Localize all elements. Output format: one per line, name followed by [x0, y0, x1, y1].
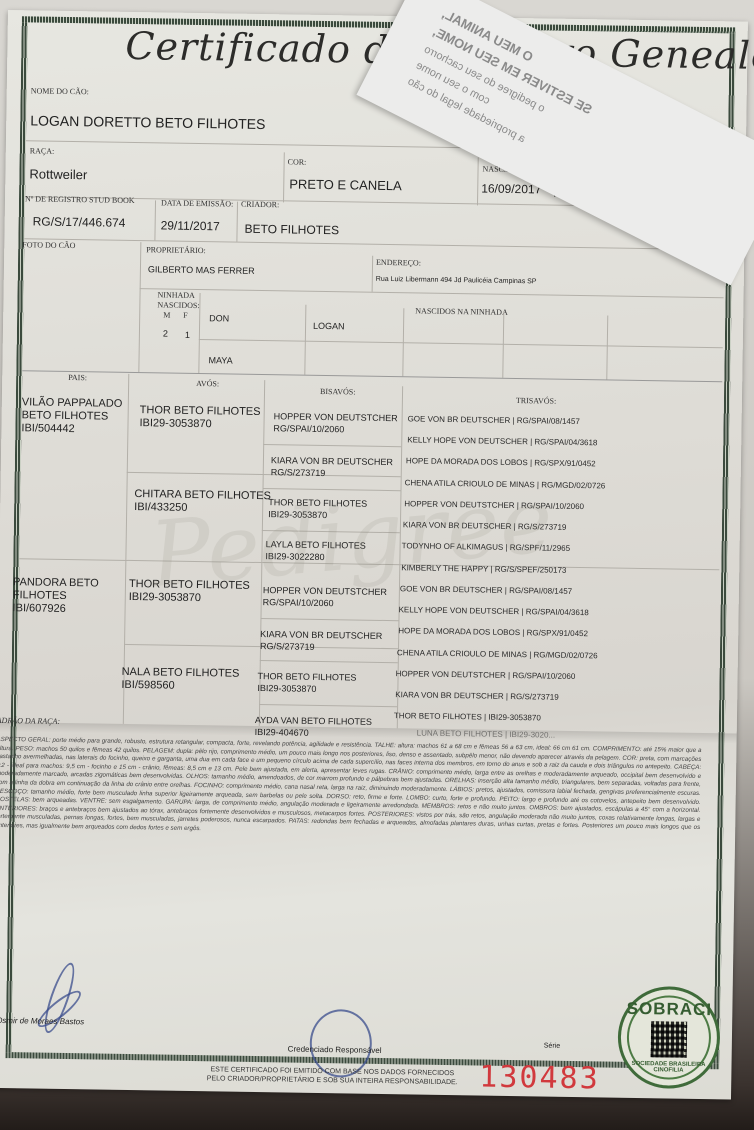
breeder-name: BETO FILHOTES [244, 222, 339, 237]
breeder-label: CRIADOR: [241, 200, 279, 210]
issue-date-label: DATA DE EMISSÃO: [161, 198, 233, 208]
breed-standard-label: PADRÃO DA RAÇA: [0, 716, 60, 726]
sire: VILÃO PAPPALADO BETO FILHOTESIBI/504442 [21, 396, 126, 437]
color-value: PRETO E CANELA [289, 176, 402, 193]
breed-value: Rottweiler [29, 166, 87, 182]
stud-book-label: Nº DE REGISTRO STUD BOOK [25, 194, 135, 205]
great-grandparent: KIARA VON BR DEUTSCHERRG/S/273719 [271, 454, 393, 480]
litter-label: NINHADA [157, 290, 194, 300]
grandparent: NALA BETO FILHOTESIBI/598560 [121, 666, 239, 694]
litter-puppy: LOGAN [313, 321, 345, 331]
male-label: M [163, 310, 170, 319]
grandparents-header: AVÓS: [196, 379, 219, 388]
owner-name: GILBERTO MAS FERRER [148, 264, 255, 276]
born-in-litter-label: NASCIDOS NA NINHADA [415, 306, 508, 316]
great-grandparents-header: BISAVÓS: [320, 387, 356, 397]
address-label: ENDEREÇO: [376, 258, 421, 268]
qr-code-icon [651, 1021, 688, 1058]
signatory-name: Osmir de Moraes Bastos [0, 1016, 84, 1026]
litter-puppy: MAYA [208, 355, 232, 365]
breed-label: RAÇA: [30, 146, 55, 155]
litter-puppy: DON [209, 313, 229, 323]
credential-label: Credenciado Responsável [288, 1045, 382, 1055]
dog-name-label: NOME DO CÃO: [31, 86, 89, 96]
serie-number: 130483 [479, 1060, 600, 1097]
color-label: COR: [288, 157, 307, 166]
serie-label: Série [544, 1043, 560, 1050]
litter-females: 1 [185, 330, 190, 340]
sobraci-seal: SOBRACI SOCIEDADE BRASILEIRA CINOFILIA [617, 986, 721, 1090]
issue-date: 29/11/2017 [161, 218, 220, 233]
great-grandparent: HOPPER VON DEUTSTCHERRG/SPAI/10/2060 [273, 410, 397, 436]
great-grandparent: THOR BETO FILHOTESIBI29-3053870 [257, 670, 356, 696]
born-label: NASCIDOS: [157, 300, 199, 310]
photo-label: FOTO DO CÃO [22, 240, 75, 250]
grandparent: THOR BETO FILHOTESIBI29-3053870 [139, 404, 260, 432]
owner-label: PROPRIETÁRIO: [146, 245, 206, 255]
great-great-grandparents-header: TRISAVÓS: [516, 396, 556, 406]
litter-males: 2 [163, 328, 168, 338]
disclaimer: ESTE CERTIFICADO FOI EMITIDO COM BASE NO… [197, 1065, 467, 1087]
seal-subtitle: SOCIEDADE BRASILEIRA CINOFILIA [620, 1061, 716, 1075]
female-label: F [183, 311, 188, 320]
breed-standard-text: ASPECTO GERAL: porte médio para grande, … [0, 736, 702, 842]
seal-brand: SOBRACI [621, 999, 717, 1021]
dam: PANDORA BETO FILHOTESIBI/607926 [12, 576, 117, 617]
great-grandparent: KIARA VON BR DEUTSCHERRG/S/273719 [260, 628, 382, 654]
stud-book-number: RG/S/17/446.674 [33, 214, 126, 229]
parents-header: PAIS: [68, 373, 87, 382]
